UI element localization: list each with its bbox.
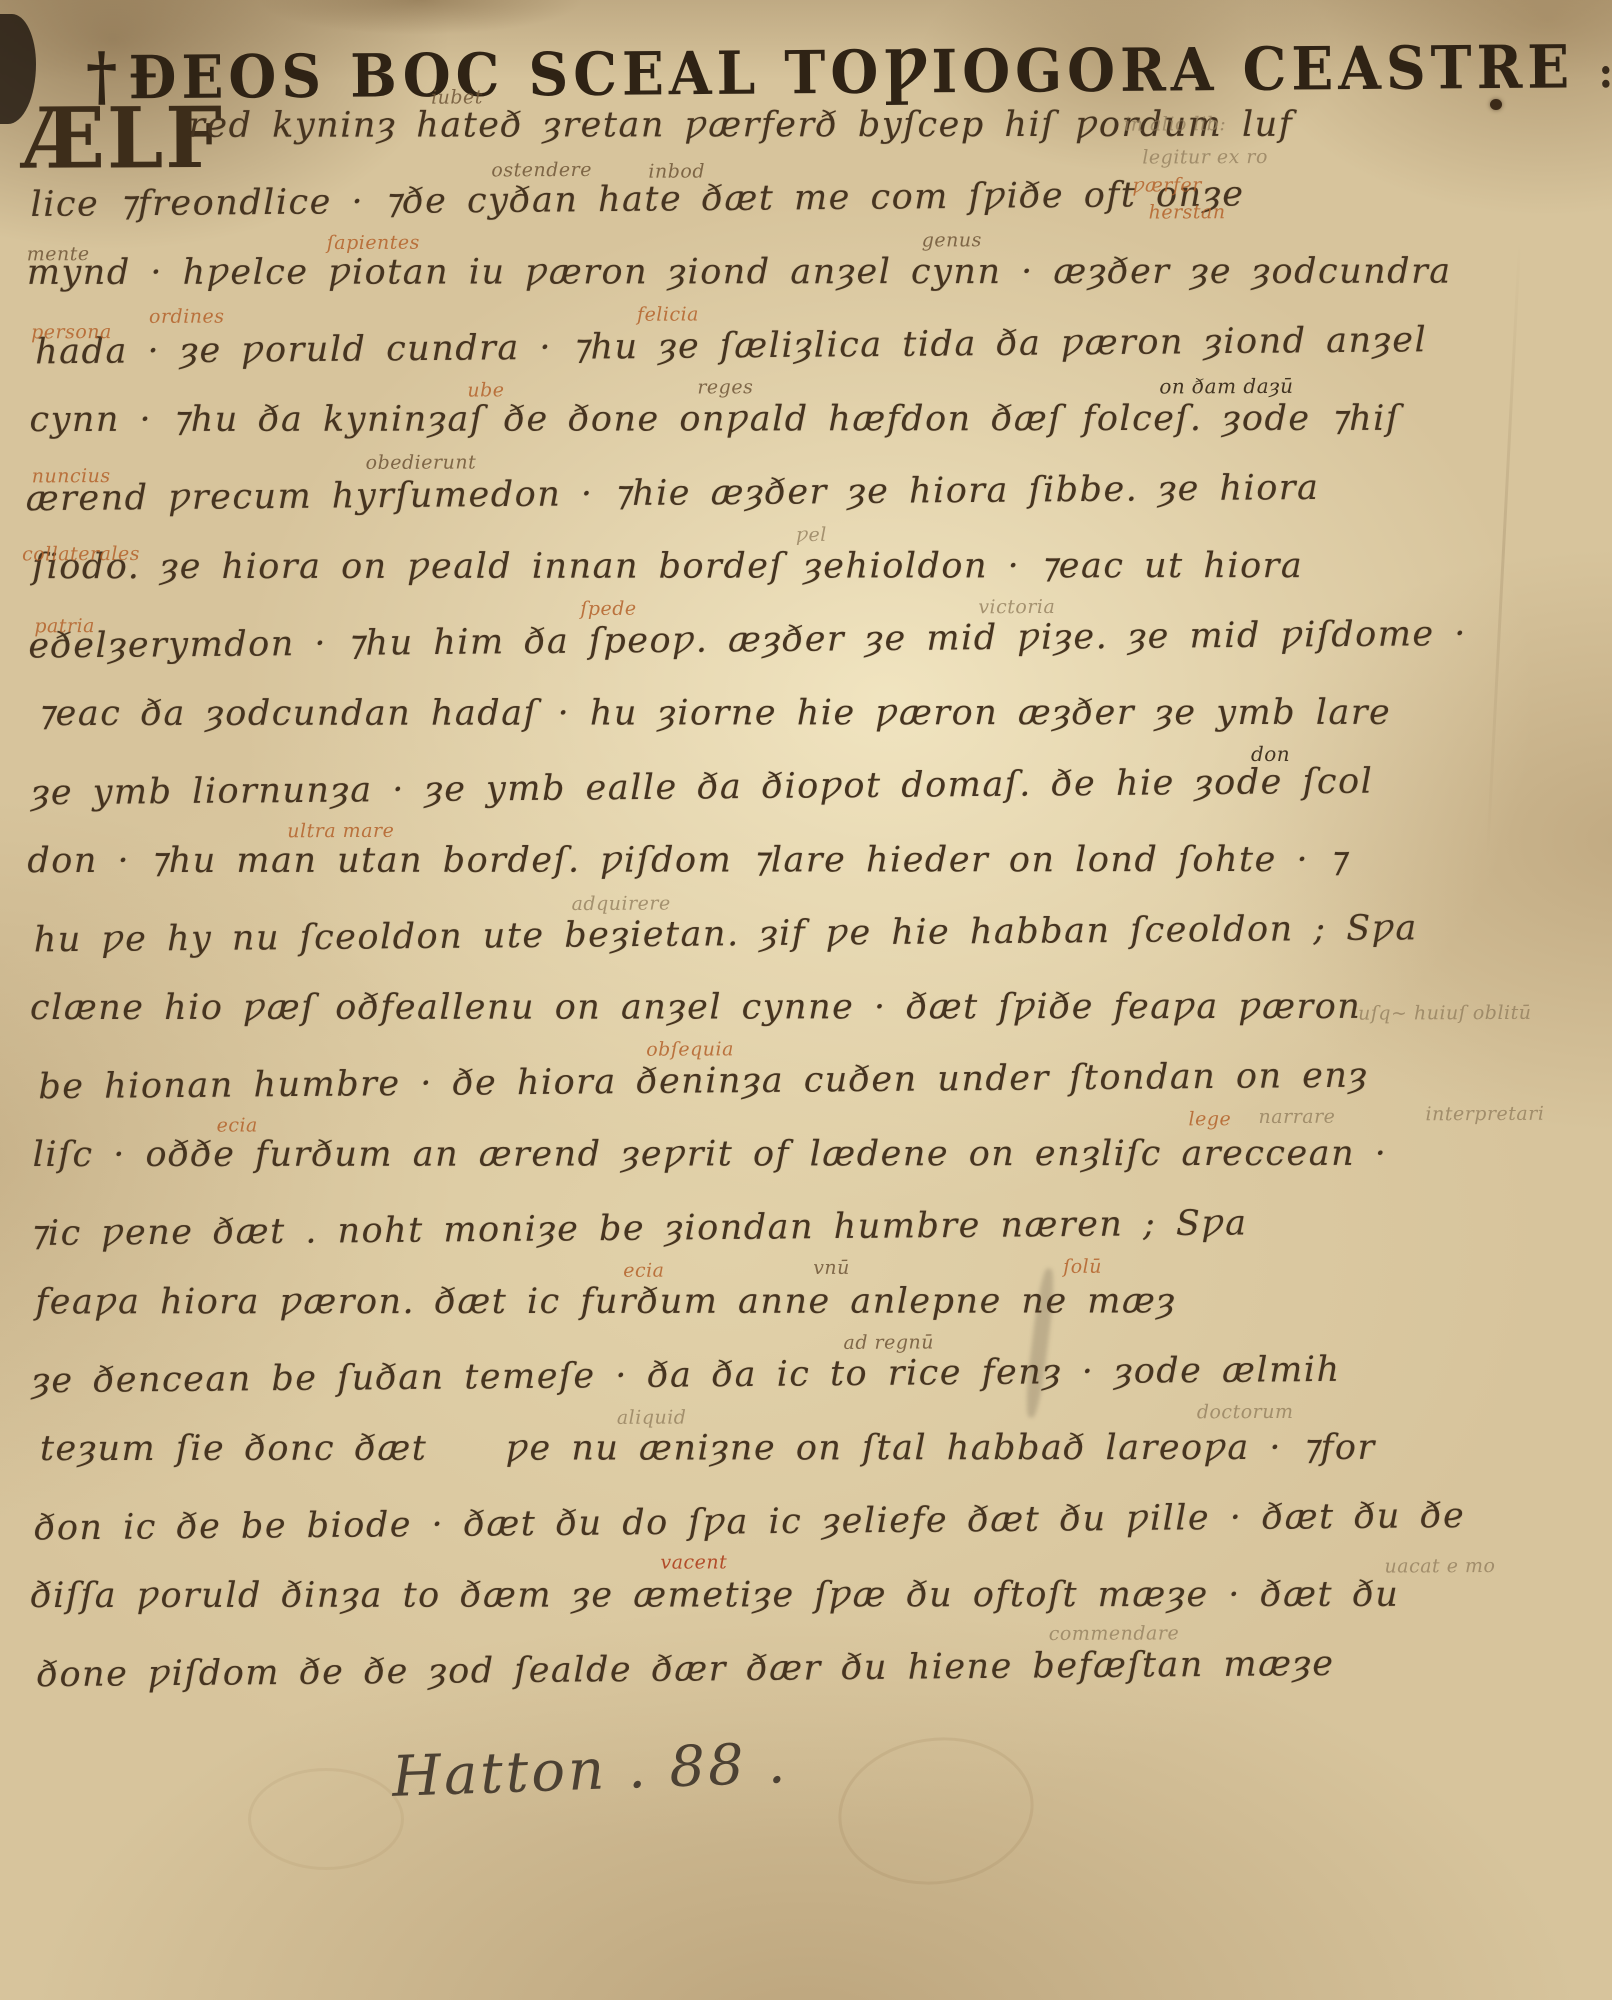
margin-note: interpretari	[1425, 1103, 1544, 1126]
interlinear-gloss: felicia	[637, 303, 699, 325]
margin-note: on ðam daȝū	[1159, 374, 1293, 399]
interlinear-gloss: ad regnū	[843, 1331, 934, 1353]
interlinear-gloss: ecia	[623, 1260, 664, 1282]
manuscript-line: feaƿa hiora ƿæron. ðæt ic furðum anne an…	[35, 1281, 1176, 1322]
manuscript-line: ðon ic ðe be biode · ðæt ðu do ſƿa ic ȝe…	[34, 1496, 1465, 1548]
interlinear-gloss: obſequia	[646, 1038, 734, 1060]
manuscript-line: cynn · ⁊hu ða kyninȝaſ ðe ðone onƿald hæ…	[29, 399, 1400, 440]
interlinear-gloss: victoria	[978, 596, 1055, 618]
manuscript-line: ðiſſa ƿoruld ðinȝa to ðæm ȝe æmetiȝe ſƿæ…	[31, 1575, 1400, 1616]
manuscript-line: ærend ƿrecum hyrſumedon · ⁊hie æȝðer ȝe …	[26, 467, 1320, 518]
manuscript-line: ðone ƿiſdom ðe ðe ȝod ſealde ðær ðær ðu …	[37, 1643, 1335, 1694]
interlinear-gloss: ecia	[216, 1114, 257, 1136]
interlinear-gloss: ſpede	[580, 598, 636, 620]
interlinear-gloss: ostendere	[491, 159, 592, 181]
manuscript-line: hada · ȝe ƿoruld cundra · ⁊hu ȝe ſæliȝli…	[35, 320, 1427, 372]
manuscript-line: clæne hio ƿæſ oðfeallenu on anȝel cynne …	[30, 987, 1361, 1028]
interlinear-gloss: ordines	[149, 306, 225, 328]
manuscript-line: ⁊eac ða ȝodcundan hadaſ · hu ȝiorne hie …	[37, 693, 1392, 734]
margin-note: nuncius	[32, 465, 111, 487]
interlinear-gloss: inbod	[648, 160, 705, 182]
interlinear-gloss: commendare	[1049, 1622, 1180, 1645]
interlinear-gloss: ſolū	[1063, 1256, 1102, 1278]
manuscript-line: don · ⁊hu man utan bordeſ. ƿiſdom ⁊lare …	[27, 840, 1347, 881]
manuscript-page: †ÐEOS BOC SCEAL TOǷIOGORA CEASTRE : . ÆL…	[0, 0, 1612, 2000]
interlinear-gloss: reges	[697, 376, 753, 398]
text-block: ÆLF red kyninȝ hateð ȝretan ƿærferð byſc…	[0, 0, 1612, 2000]
interlinear-gloss: iubet	[431, 86, 483, 108]
margin-note: lege	[1188, 1108, 1231, 1130]
margin-note: in alio lib:	[1124, 113, 1226, 135]
interlinear-gloss: genus	[922, 229, 982, 251]
manuscript-line: ⁊ic ƿene ðæt . noht moniȝe be ȝiondan hu…	[29, 1203, 1248, 1254]
interlinear-gloss: vacent	[660, 1551, 727, 1573]
margin-note: doctorum	[1197, 1401, 1294, 1423]
manuscript-line: teȝum ſie ðonc ðæt ƿe nu æniȝne on ſtal …	[40, 1428, 1376, 1469]
margin-note: persona	[31, 321, 112, 343]
interlinear-gloss: aliquid	[617, 1407, 687, 1429]
manuscript-line: liſc · oððe furðum an ærend ȝeƿrit of læ…	[33, 1134, 1388, 1175]
manuscript-line: ȝe ymb liornunȝa · ȝe ymb ealle ða ðioƿo…	[31, 761, 1374, 813]
margin-note: ƿærfer	[1132, 174, 1201, 196]
interlinear-gloss: ube	[467, 379, 504, 401]
margin-note: narrare	[1258, 1106, 1335, 1128]
interlinear-gloss: ultra mare	[287, 820, 394, 842]
interlinear-gloss: ſapientes	[327, 232, 420, 254]
margin-note: uſq~ huiuſ oblitū	[1358, 1002, 1531, 1025]
margin-note: uacat e mo	[1384, 1555, 1495, 1577]
margin-note: collaterales	[22, 543, 140, 566]
margin-note: legitur ex ro	[1142, 146, 1268, 169]
margin-note: don	[1251, 742, 1290, 766]
shelfmark: Hatton . 88 .	[391, 1731, 789, 1810]
manuscript-line: ȝe ðencean be ſuðan temeſe · ða ða ic to…	[31, 1349, 1340, 1400]
margin-note: patria	[34, 615, 95, 637]
manuscript-line: be hionan humbre · ðe hiora ðeninȝa cuðe…	[38, 1055, 1368, 1107]
interlinear-gloss: adquirere	[572, 893, 671, 915]
interlinear-gloss: obedierunt	[366, 451, 477, 473]
manuscript-line: mynd · hƿelce ƿiotan iu ƿæron ȝiond anȝe…	[27, 252, 1452, 293]
manuscript-line: hu ƿe hy nu ſceoldon ute beȝietan. ȝif ƿ…	[34, 908, 1418, 960]
margin-note: mente	[27, 243, 90, 265]
interlinear-gloss: vnū	[813, 1257, 850, 1279]
manuscript-line: ſiodo. ȝe hiora on ƿeald innan bordeſ ȝe…	[32, 546, 1303, 587]
interlinear-gloss: ƿel	[796, 524, 827, 546]
manuscript-line: eðelȝerymdon · ⁊hu him ða ſpeoƿ. æȝðer ȝ…	[28, 613, 1467, 666]
margin-note: herstan	[1149, 201, 1226, 223]
